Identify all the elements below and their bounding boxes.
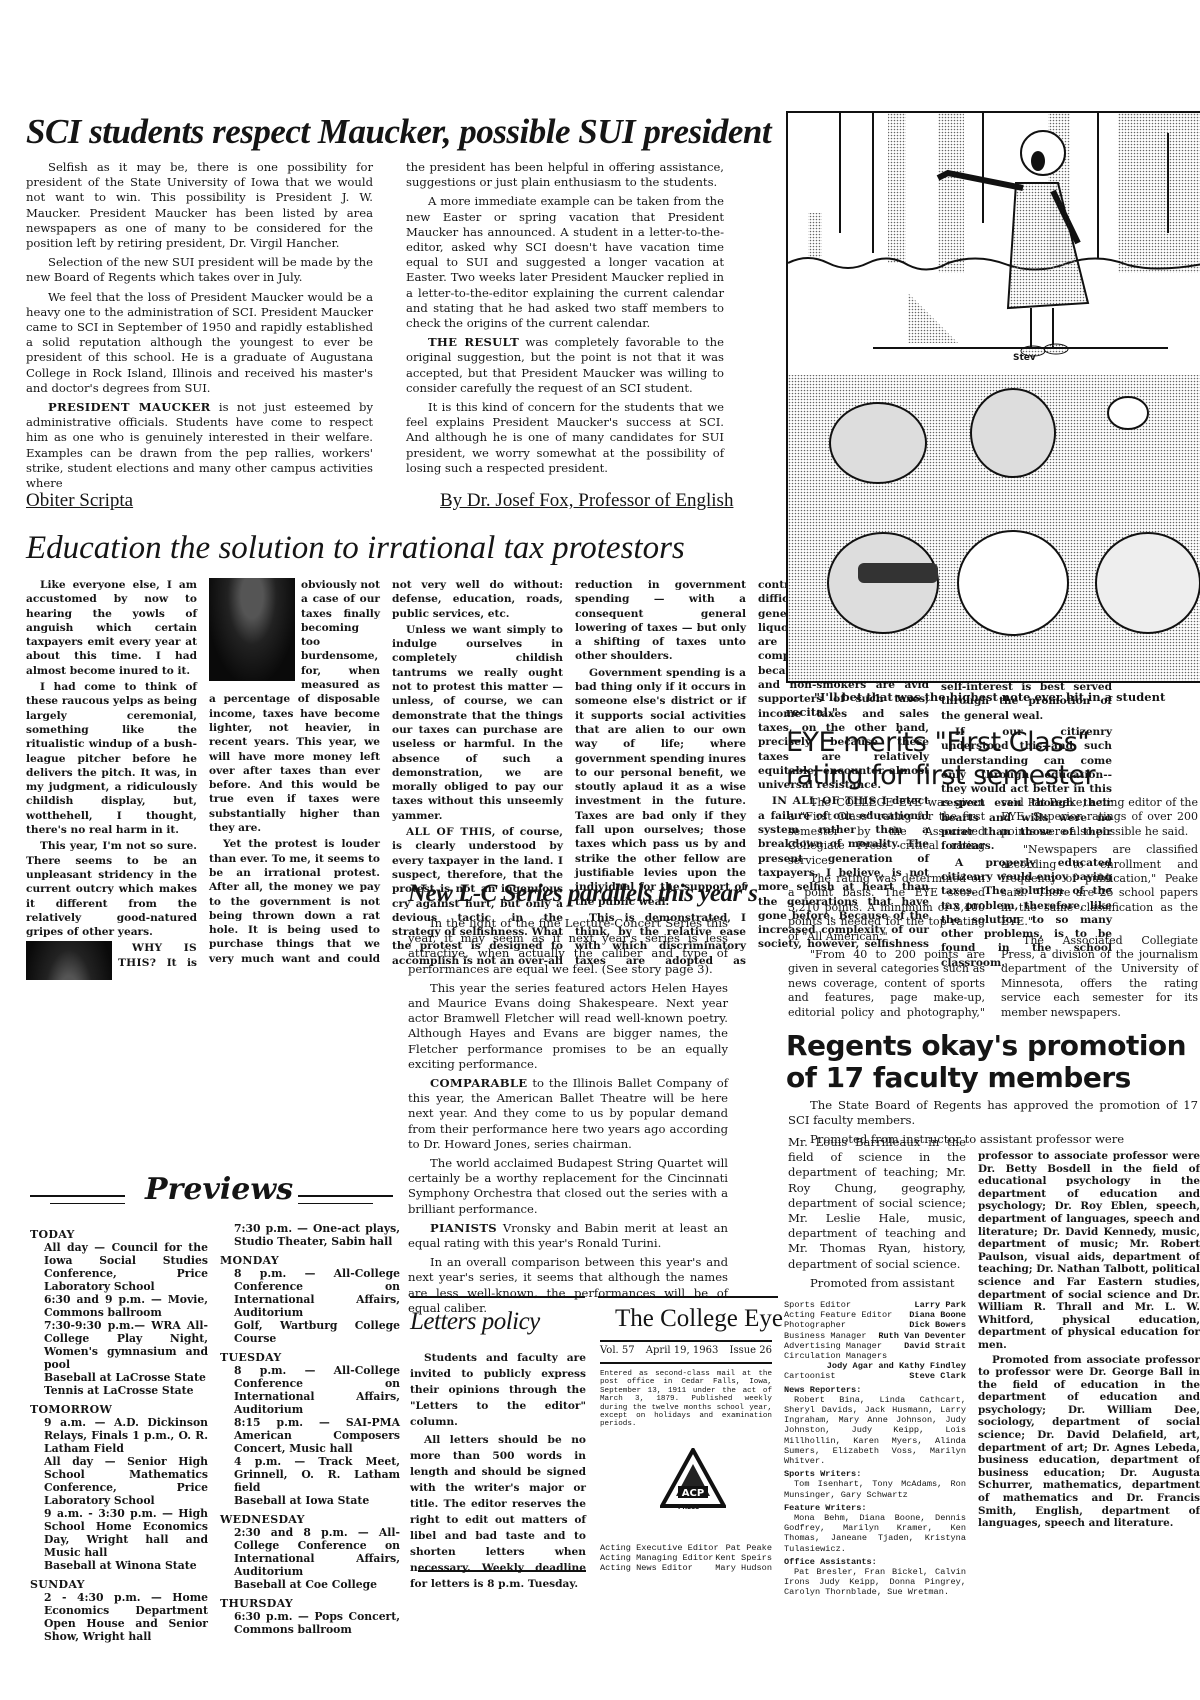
editor-row: Acting Managing EditorKent Speirs (600, 1553, 772, 1563)
masthead-name: The College Eye (615, 1305, 783, 1333)
masthead-editors: Acting Executive EditorPat PeakeActing M… (600, 1543, 772, 1574)
lc-para: PIANISTS Vronsky and Babin merit at leas… (408, 1221, 728, 1251)
volume: Vol. 57 (600, 1345, 635, 1356)
editor-name: Mary Hudson (715, 1563, 772, 1573)
staff-name: Jody Agar and Kathy Findley (827, 1361, 966, 1371)
masthead-top-rule (598, 1296, 778, 1298)
staff-section-names: Robert Bina, Linda Cathcart, Sheryl Davi… (784, 1395, 966, 1466)
regents-headline: Regents okay's promotion of 17 faculty m… (786, 1030, 1186, 1094)
editorial-para: Selfish as it may be, there is one possi… (26, 160, 373, 251)
letters-title: Letters policy (410, 1308, 540, 1336)
previews-event: 2:30 and 8 p.m. — All-College Conference… (220, 1526, 400, 1578)
staff-name: David Strait (904, 1341, 966, 1351)
staff-role-row: Circulation Managers (784, 1351, 966, 1361)
staff-role-row: CartoonistSteve Clark (784, 1371, 966, 1381)
staff-name: Ruth Van Deventer (878, 1331, 966, 1341)
editor-name: Pat Peake (726, 1543, 772, 1553)
eye-merits-body: The COLLEGE EYE was given a "First Class… (788, 796, 1198, 1026)
staff-section-title: Feature Writers: (784, 1503, 966, 1513)
staff-role: Business Manager (784, 1331, 867, 1341)
staff-role-row: Jody Agar and Kathy Findley (784, 1361, 966, 1371)
cartoon-caption: "I'll bet that was the highest note ever… (786, 690, 1196, 720)
staff-role-row: Advertising ManagerDavid Strait (784, 1341, 966, 1351)
staff-section-names: Tom Isenhart, Tony McAdams, Ron Munsinge… (784, 1479, 966, 1499)
previews-event: Baseball at LaCrosse State (30, 1371, 208, 1384)
staff-role-row: Sports EditorLarry Park (784, 1300, 966, 1310)
masthead-issue-line: Vol. 57 April 19, 1963 Issue 26 (600, 1345, 772, 1356)
lc-para: COMPARABLE to the Illinois Ballet Compan… (408, 1076, 728, 1152)
previews-event: 6:30 p.m. — Pops Concert, Commons ballro… (220, 1610, 400, 1636)
editorial-para: A more immediate example can be taken fr… (406, 194, 724, 331)
previews-day-heading: TUESDAY (220, 1351, 400, 1364)
regents-col-left: Mr. Louis Barrilleaux in the field of sc… (788, 1135, 966, 1295)
previews-event: 7:30-9:30 p.m.— WRA All-College Play Nig… (30, 1319, 208, 1371)
staff-name: Steve Clark (909, 1371, 966, 1381)
previews-event: 4 p.m. — Track Meet, Grinnell, O. R. Lat… (220, 1455, 400, 1494)
previews-event: All day — Council for the Iowa Social St… (30, 1241, 208, 1293)
staff-role-row: Business ManagerRuth Van Deventer (784, 1331, 966, 1341)
staff-role: Cartoonist (784, 1371, 836, 1381)
previews-event: 9 a.m. - 3:30 p.m. — High School Home Ec… (30, 1507, 208, 1559)
previews-rule-right-2 (298, 1203, 373, 1204)
staff-section-title: Sports Writers: (784, 1469, 966, 1479)
previews-rule-right (298, 1195, 393, 1197)
staff-role: Photographer (784, 1320, 846, 1330)
cartoon-drawing (788, 113, 1200, 683)
lc-para: In the light of the fine Lecture-Concert… (408, 916, 728, 977)
lead-in: THE RESULT (428, 335, 519, 349)
editorial-para: Selection of the new SUI president will … (26, 255, 373, 285)
editor-name: Kent Speirs (715, 1553, 772, 1563)
entry-notice: Entered as second-class mail at the post… (600, 1370, 772, 1429)
previews-day-heading: MONDAY (220, 1254, 400, 1267)
previews-event: 8 p.m. — All-College Conference on Inter… (220, 1267, 400, 1319)
editorial-para: THE RESULT was completely favorable to t… (406, 335, 724, 396)
cartoon: Stev (786, 111, 1200, 683)
staff-role-row: Acting Feature EditorDiana Boone (784, 1310, 966, 1320)
previews-event: 6:30 and 9 p.m. — Movie, Commons ballroo… (30, 1293, 208, 1319)
previews-day-heading: THURSDAY (220, 1597, 400, 1610)
editor-role: Acting News Editor (600, 1563, 693, 1573)
cartoon-signature: Stev (1013, 353, 1036, 363)
editor-row: Acting Executive EditorPat Peake (600, 1543, 772, 1553)
column-para: Unless we want simply to indulge ourselv… (392, 623, 563, 823)
previews-col-left: TODAYAll day — Council for the Iowa Soci… (30, 1222, 208, 1643)
staff-name: Dick Bowers (909, 1320, 966, 1330)
editorial-para: the president has been helpful in offeri… (406, 160, 724, 190)
staff-role: Sports Editor (784, 1300, 851, 1310)
editorial-col-2: the president has been helpful in offeri… (406, 160, 724, 480)
eye-para: "Newspapers are classified according to … (1001, 843, 1198, 929)
acp-press-label: PRESS (678, 1504, 700, 1511)
previews-event: Baseball at Iowa State (220, 1494, 400, 1507)
regents-col-right: professor to associate professor were Dr… (978, 1150, 1200, 1532)
previews-col-right: 7:30 p.m. — One-act plays, Studio Theate… (220, 1222, 400, 1636)
previews-day-heading: WEDNESDAY (220, 1513, 400, 1526)
masthead-rule-2 (600, 1362, 772, 1364)
previews-event: Tennis at LaCrosse State (30, 1384, 208, 1397)
masthead-rule-1 (600, 1340, 772, 1342)
lc-para: The world acclaimed Budapest String Quar… (408, 1156, 728, 1217)
previews-event: 2 - 4:30 p.m. — Home Economics Departmen… (30, 1591, 208, 1643)
editorial-col-1: Selfish as it may be, there is one possi… (26, 160, 373, 495)
editor-role: Acting Executive Editor (600, 1543, 719, 1553)
column-para: Government spending is a bad thing only … (575, 666, 746, 909)
staff-section-title: Office Assistants: (784, 1557, 966, 1567)
editorial-headline: SCI students respect Maucker, possible S… (26, 112, 771, 152)
acp-logo: ACP PRESS (660, 1448, 726, 1510)
staff-name: Diana Boone (909, 1310, 966, 1320)
staff-name: Larry Park (914, 1300, 966, 1310)
staff-role: Circulation Managers (784, 1351, 887, 1361)
acp-text: ACP (682, 1488, 704, 1499)
column-kicker: Obiter Scripta (26, 490, 133, 512)
previews-event: 7:30 p.m. — One-act plays, Studio Theate… (220, 1222, 400, 1248)
previews-rule-left-2 (50, 1203, 125, 1204)
staff-section-title: News Reporters: (784, 1385, 966, 1395)
previews-day-heading: SUNDAY (30, 1578, 208, 1591)
lc-series-headline: New L-C Series parallels this year's (408, 880, 757, 908)
staff-role: Acting Feature Editor (784, 1310, 892, 1320)
eye-para: The rating was determined on a point bas… (788, 872, 985, 944)
staff-box: Sports EditorLarry ParkActing Feature Ed… (784, 1300, 966, 1598)
editor-row: Acting News EditorMary Hudson (600, 1563, 772, 1573)
column-para: This year, I'm not so sure. There seems … (26, 839, 197, 939)
previews-event: Baseball at Coe College (220, 1578, 400, 1591)
staff-role-row: PhotographerDick Bowers (784, 1320, 966, 1330)
issue-date: April 19, 1963 (646, 1345, 719, 1356)
lc-series-body: In the light of the fine Lecture-Concert… (408, 916, 728, 1320)
previews-event: All day — Senior High School Mathematics… (30, 1455, 208, 1507)
staff-role: Advertising Manager (784, 1341, 882, 1351)
column-headline: Education the solution to irrational tax… (26, 530, 685, 567)
lc-para: This year the series featured actors Hel… (408, 981, 728, 1072)
eye-para: The Associated Collegiate Press, a divis… (1001, 934, 1198, 1020)
previews-day-heading: TOMORROW (30, 1403, 208, 1416)
previews-event: 8 p.m. — All-College Conference on Inter… (220, 1364, 400, 1416)
previews-rule-left (30, 1195, 125, 1197)
previews-day-heading: TODAY (30, 1228, 208, 1241)
letters-bottom-rule (418, 1570, 586, 1572)
editorial-para: PRESIDENT MAUCKER is not just esteemed b… (26, 400, 373, 491)
eye-merits-headline: EYE merits "First Class" rating for firs… (786, 726, 1095, 792)
column-para: I had come to think of these raucous yel… (26, 680, 197, 837)
editorial-para: It is this kind of concern for the stude… (406, 400, 724, 476)
lead-in: PRESIDENT MAUCKER (48, 400, 211, 414)
editorial-para: We feel that the loss of President Mauck… (26, 290, 373, 396)
letters-body: Students and faculty are invited to publ… (410, 1350, 586, 1594)
previews-event: 9 a.m. — A.D. Dickinson Relays, Finals 1… (30, 1416, 208, 1455)
column-byline: By Dr. Josef Fox, Professor of English (440, 490, 733, 512)
previews-event: 8:15 p.m. — SAI-PMA American Composers C… (220, 1416, 400, 1455)
eye-para: The COLLEGE EYE was given a "First Class… (788, 796, 985, 868)
column-para: Like everyone else, I am accustomed by n… (26, 578, 197, 678)
previews-title: Previews (145, 1172, 293, 1207)
staff-section-names: Mona Behm, Diana Boone, Dennis Godfrey, … (784, 1513, 966, 1554)
previews-event: Golf, Wartburg College Course (220, 1319, 400, 1345)
issue-number: Issue 26 (730, 1345, 772, 1356)
staff-section-names: Pat Bresler, Fran Bickel, Calvin Irons J… (784, 1567, 966, 1598)
letters-top-rule (410, 1296, 585, 1298)
editor-role: Acting Managing Editor (600, 1553, 713, 1563)
previews-event: Baseball at Winona State (30, 1559, 208, 1572)
